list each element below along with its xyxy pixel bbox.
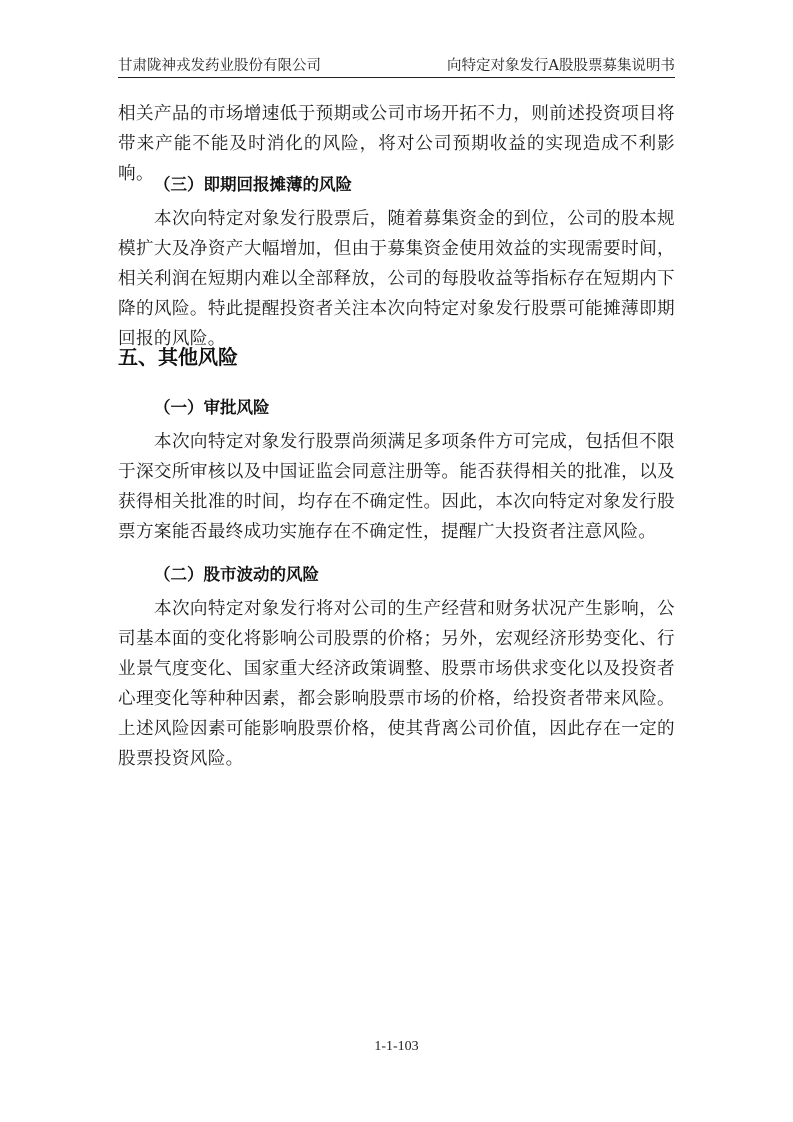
header-document-title: 向特定对象发行A股股票募集说明书 (447, 57, 675, 75)
paragraph-market-volatility-risk: 本次向特定对象发行将对公司的生产经营和财务状况产生影响，公司基本面的变化将影响公… (118, 594, 675, 774)
section-heading-approval-risk: （一）审批风险 (154, 396, 270, 420)
page-number: 1-1-103 (0, 1039, 793, 1055)
section-heading-dilution-risk: （三）即期回报摊薄的风险 (154, 173, 352, 197)
header-company-name: 甘肃陇神戎发药业股份有限公司 (118, 57, 321, 75)
chapter-heading-other-risks: 五、其他风险 (118, 344, 238, 370)
page-header: 甘肃陇神戎发药业股份有限公司 向特定对象发行A股股票募集说明书 (118, 57, 675, 78)
paragraph-dilution-risk: 本次向特定对象发行股票后，随着募集资金的到位，公司的股本规模扩大及净资产大幅增加… (118, 204, 675, 354)
paragraph-approval-risk: 本次向特定对象发行股票尚须满足多项条件方可完成，包括但不限于深交所审核以及中国证… (118, 427, 675, 547)
section-heading-market-volatility-risk: （二）股市波动的风险 (154, 563, 319, 587)
